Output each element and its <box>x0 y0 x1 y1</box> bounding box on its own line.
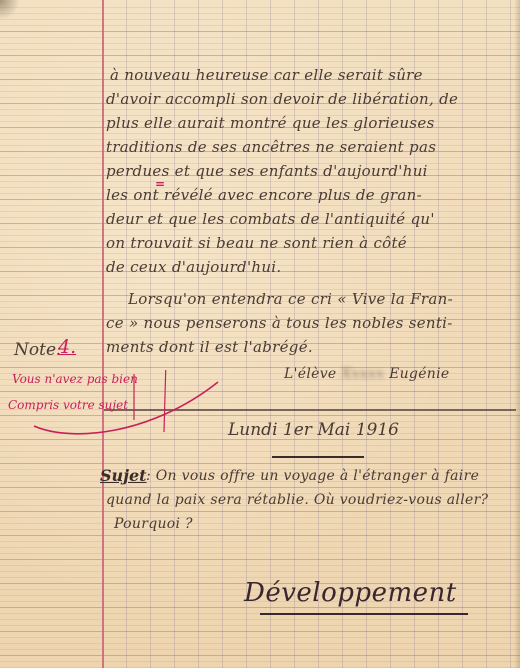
essay-line: à nouveau heureuse car elle serait sûre <box>110 66 518 84</box>
subject-line: quand la paix sera rétablie. Où voudriez… <box>106 492 488 508</box>
subject-label: Sujet <box>100 466 147 485</box>
student-signature: L'élève Xxxxx Eugénie <box>284 366 449 382</box>
essay-line: perdues et que ses enfants d'aujourd'hui <box>106 162 514 180</box>
essay-line: ce » nous penserons à tous les nobles se… <box>106 314 514 332</box>
note-label: Note: <box>14 340 62 360</box>
essay-line: traditions de ses ancêtres ne seraient p… <box>106 138 514 156</box>
subject-line: : On vous offre un voyage à l'étranger à… <box>146 468 479 484</box>
entry-date: Lundi 1er Mai 1916 <box>228 420 399 440</box>
essay-line: ments dont il est l'abrégé. <box>106 338 514 356</box>
page-edge-shadow <box>514 0 520 668</box>
signature-first-name: Eugénie <box>389 366 449 382</box>
notebook-page: à nouveau heureuse car elle serait sûre … <box>0 0 520 668</box>
essay-line: on trouvait si beau ne sont rien à côté <box>106 234 514 252</box>
essay-line: deur et que les combats de l'antiquité q… <box>106 210 514 228</box>
essay-line: Lorsqu'on entendra ce cri « Vive la Fran… <box>128 290 520 308</box>
subject-line: Pourquoi ? <box>114 516 193 532</box>
signature-prefix: L'élève <box>284 366 337 382</box>
essay-line: plus elle aurait montré que les glorieus… <box>106 114 514 132</box>
red-correction-swoosh <box>30 370 230 440</box>
section-heading: Développement <box>244 578 457 608</box>
essay-line: d'avoir accompli son devoir de libératio… <box>106 90 514 108</box>
essay-line: les ont révélé avec encore plus de gran- <box>106 186 514 204</box>
date-underline <box>272 456 364 458</box>
note-grade: 4. <box>58 336 76 358</box>
margin-line <box>102 0 104 668</box>
section-heading-underline <box>260 613 468 615</box>
essay-line: de ceux d'aujourd'hui. <box>106 258 514 276</box>
signature-surname-redacted: Xxxxx <box>341 366 384 382</box>
